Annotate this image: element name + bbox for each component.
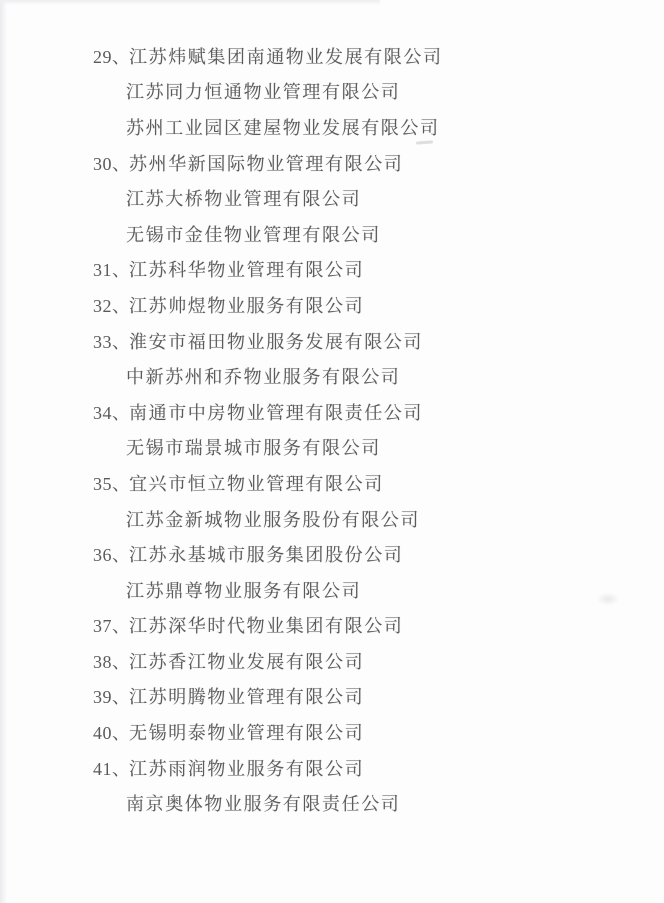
list-entry: 31、 江苏科华物业管理有限公司 bbox=[93, 252, 633, 288]
entry-number: 40、 bbox=[93, 719, 129, 745]
entry-company-name: 淮安市福田物业服务发展有限公司 bbox=[129, 328, 423, 354]
list-entry: 中新苏州和乔物业服务有限公司 bbox=[93, 358, 633, 394]
list-entry: 苏州工业园区建屋物业发展有限公司 bbox=[93, 109, 633, 145]
entry-company-name: 无锡市金佳物业管理有限公司 bbox=[126, 221, 381, 247]
list-entry: 33、 淮安市福田物业服务发展有限公司 bbox=[93, 323, 633, 359]
entry-company-name: 宜兴市恒立物业管理有限公司 bbox=[129, 470, 384, 496]
entry-company-name: 江苏金新城物业服务股份有限公司 bbox=[126, 506, 420, 532]
entry-company-name: 南通市中房物业管理有限责任公司 bbox=[129, 399, 423, 425]
entry-number: 37、 bbox=[93, 612, 129, 638]
list-entry: 35、 宜兴市恒立物业管理有限公司 bbox=[93, 465, 633, 501]
entry-company-name: 江苏香江物业发展有限公司 bbox=[129, 648, 364, 674]
list-entry: 30、 苏州华新国际物业管理有限公司 bbox=[93, 145, 633, 181]
entry-number: 35、 bbox=[93, 470, 129, 496]
list-entry: 江苏同力恒通物业管理有限公司 bbox=[93, 74, 633, 110]
entry-company-name: 江苏鼎尊物业服务有限公司 bbox=[126, 577, 361, 603]
entry-number: 36、 bbox=[93, 541, 129, 567]
list-entry: 32、 江苏帅煜物业服务有限公司 bbox=[93, 287, 633, 323]
list-entry: 38、 江苏香江物业发展有限公司 bbox=[93, 643, 633, 679]
entry-number: 30、 bbox=[93, 150, 129, 176]
entry-company-name: 苏州华新国际物业管理有限公司 bbox=[129, 150, 403, 176]
entry-company-name: 江苏深华时代物业集团有限公司 bbox=[129, 612, 403, 638]
entry-company-name: 江苏科华物业管理有限公司 bbox=[129, 256, 364, 282]
list-entry: 江苏大桥物业管理有限公司 bbox=[93, 180, 633, 216]
entry-number: 41、 bbox=[93, 755, 129, 781]
entry-company-name: 江苏明腾物业管理有限公司 bbox=[129, 683, 364, 709]
list-entry: 南京奥体物业服务有限责任公司 bbox=[93, 785, 633, 821]
entry-company-name: 中新苏州和乔物业服务有限公司 bbox=[126, 363, 400, 389]
entry-company-name: 江苏雨润物业服务有限公司 bbox=[129, 755, 364, 781]
entry-number: 31、 bbox=[93, 256, 129, 282]
document-page: 29、 江苏炜赋集团南通物业发展有限公司 江苏同力恒通物业管理有限公司 苏州工业… bbox=[0, 0, 664, 903]
list-entry: 无锡市金佳物业管理有限公司 bbox=[93, 216, 633, 252]
entry-number: 38、 bbox=[93, 648, 129, 674]
entry-company-name: 无锡明泰物业管理有限公司 bbox=[129, 719, 364, 745]
list-entry: 36、 江苏永基城市服务集团股份公司 bbox=[93, 536, 633, 572]
entry-number: 29、 bbox=[93, 43, 129, 69]
list-entry: 40、 无锡明泰物业管理有限公司 bbox=[93, 714, 633, 750]
entry-company-name: 江苏永基城市服务集团股份公司 bbox=[129, 541, 403, 567]
list-entry: 无锡市瑞景城市服务有限公司 bbox=[93, 430, 633, 466]
list-entry: 29、 江苏炜赋集团南通物业发展有限公司 bbox=[93, 38, 633, 74]
list-entry: 37、 江苏深华时代物业集团有限公司 bbox=[93, 608, 633, 644]
list-entry: 江苏鼎尊物业服务有限公司 bbox=[93, 572, 633, 608]
list-entry: 江苏金新城物业服务股份有限公司 bbox=[93, 501, 633, 537]
entry-number: 34、 bbox=[93, 399, 129, 425]
entry-number: 39、 bbox=[93, 683, 129, 709]
company-list: 29、 江苏炜赋集团南通物业发展有限公司 江苏同力恒通物业管理有限公司 苏州工业… bbox=[93, 38, 633, 821]
list-entry: 41、 江苏雨润物业服务有限公司 bbox=[93, 750, 633, 786]
entry-company-name: 南京奥体物业服务有限责任公司 bbox=[126, 790, 400, 816]
entry-company-name: 江苏同力恒通物业管理有限公司 bbox=[126, 78, 400, 104]
entry-company-name: 苏州工业园区建屋物业发展有限公司 bbox=[126, 114, 440, 140]
entry-company-name: 江苏帅煜物业服务有限公司 bbox=[129, 292, 364, 318]
entry-number: 33、 bbox=[93, 328, 129, 354]
entry-company-name: 江苏炜赋集团南通物业发展有限公司 bbox=[129, 43, 443, 69]
entry-number: 32、 bbox=[93, 292, 129, 318]
scan-shading-artifact bbox=[0, 0, 380, 5]
entry-company-name: 江苏大桥物业管理有限公司 bbox=[126, 185, 361, 211]
entry-company-name: 无锡市瑞景城市服务有限公司 bbox=[126, 434, 381, 460]
list-entry: 34、 南通市中房物业管理有限责任公司 bbox=[93, 394, 633, 430]
list-entry: 39、 江苏明腾物业管理有限公司 bbox=[93, 679, 633, 715]
